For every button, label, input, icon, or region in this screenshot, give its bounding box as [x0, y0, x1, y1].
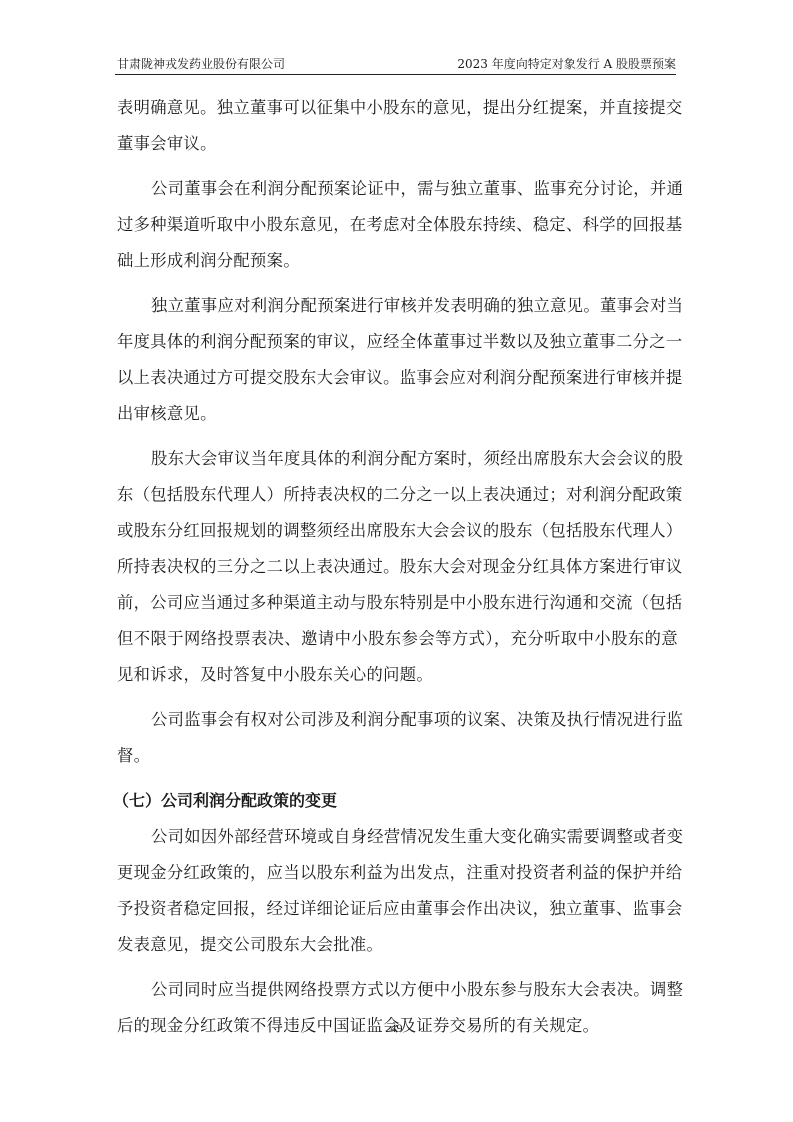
text-line: 更现金分红政策的，应当以股东利益为出发点，注重对投资者利益的保护并给	[117, 855, 678, 891]
text-line: 公司董事会在利润分配预案论证中，需与独立董事、监事充分讨论，并通	[117, 171, 678, 207]
text-line: 所持表决权的三分之二以上表决通过。股东大会对现金分红具体方案进行审议	[117, 549, 678, 585]
header-company-name: 甘肃陇神戎发药业股份有限公司	[117, 57, 285, 71]
text-line: 发表意见，提交公司股东大会批准。	[117, 927, 678, 963]
paragraph: 公司监事会有权对公司涉及利润分配事项的议案、决策及执行情况进行监督。	[117, 702, 678, 774]
text-line: 公司监事会有权对公司涉及利润分配事项的议案、决策及执行情况进行监	[117, 702, 678, 738]
text-line: 过多种渠道听取中小股东意见，在考虑对全体股东持续、稳定、科学的回报基	[117, 207, 678, 243]
text-line: 予投资者稳定回报，经过详细论证后应由董事会作出决议，独立董事、监事会	[117, 891, 678, 927]
paragraph: 股东大会审议当年度具体的利润分配方案时，须经出席股东大会会议的股东（包括股东代理…	[117, 441, 678, 693]
text-line: 础上形成利润分配预案。	[117, 243, 678, 279]
text-line: 前，公司应当通过多种渠道主动与股东特别是中小股东进行沟通和交流（包括	[117, 585, 678, 621]
text-line: 独立董事应对利润分配预案进行审核并发表明确的独立意见。董事会对当	[117, 288, 678, 324]
page-number: 49	[0, 1021, 793, 1036]
paragraph: 公司董事会在利润分配预案论证中，需与独立董事、监事充分讨论，并通过多种渠道听取中…	[117, 171, 678, 279]
text-line: 或股东分红回报规划的调整须经出席股东大会会议的股东（包括股东代理人）	[117, 513, 678, 549]
text-line: 表明确意见。独立董事可以征集中小股东的意见，提出分红提案，并直接提交	[117, 90, 678, 126]
document-body: 表明确意见。独立董事可以征集中小股东的意见，提出分红提案，并直接提交董事会审议。…	[117, 90, 678, 1044]
text-line: 以上表决通过方可提交股东大会审议。监事会应对利润分配预案进行审核并提	[117, 360, 678, 396]
section-heading: （七）公司利润分配政策的变更	[113, 783, 678, 819]
text-line: 股东大会审议当年度具体的利润分配方案时，须经出席股东大会会议的股	[117, 441, 678, 477]
text-line: 见和诉求，及时答复中小股东关心的问题。	[117, 657, 678, 693]
paragraph: 独立董事应对利润分配预案进行审核并发表明确的独立意见。董事会对当年度具体的利润分…	[117, 288, 678, 432]
section-paragraph-group: 公司如因外部经营环境或自身经营情况发生重大变化确实需要调整或者变更现金分红政策的…	[117, 819, 678, 1044]
text-line: 公司如因外部经营环境或自身经营情况发生重大变化确实需要调整或者变	[117, 819, 678, 855]
text-line: 但不限于网络投票表决、邀请中小股东参会等方式），充分听取中小股东的意	[117, 621, 678, 657]
text-line: 东（包括股东代理人）所持表决权的二分之一以上表决通过；对利润分配政策	[117, 477, 678, 513]
paragraph: 表明确意见。独立董事可以征集中小股东的意见，提出分红提案，并直接提交董事会审议。	[117, 90, 678, 162]
text-line: 督。	[117, 738, 678, 774]
paragraph-group: 表明确意见。独立董事可以征集中小股东的意见，提出分红提案，并直接提交董事会审议。…	[117, 90, 678, 774]
paragraph: 公司如因外部经营环境或自身经营情况发生重大变化确实需要调整或者变更现金分红政策的…	[117, 819, 678, 963]
header-document-title: 2023 年度向特定对象发行 A 股股票预案	[457, 57, 676, 71]
page-header: 甘肃陇神戎发药业股份有限公司 2023 年度向特定对象发行 A 股股票预案	[115, 56, 676, 75]
text-line: 出审核意见。	[117, 396, 678, 432]
text-line: 公司同时应当提供网络投票方式以方便中小股东参与股东大会表决。调整	[117, 972, 678, 1008]
text-line: 年度具体的利润分配预案的审议，应经全体董事过半数以及独立董事二分之一	[117, 324, 678, 360]
text-line: 董事会审议。	[117, 126, 678, 162]
